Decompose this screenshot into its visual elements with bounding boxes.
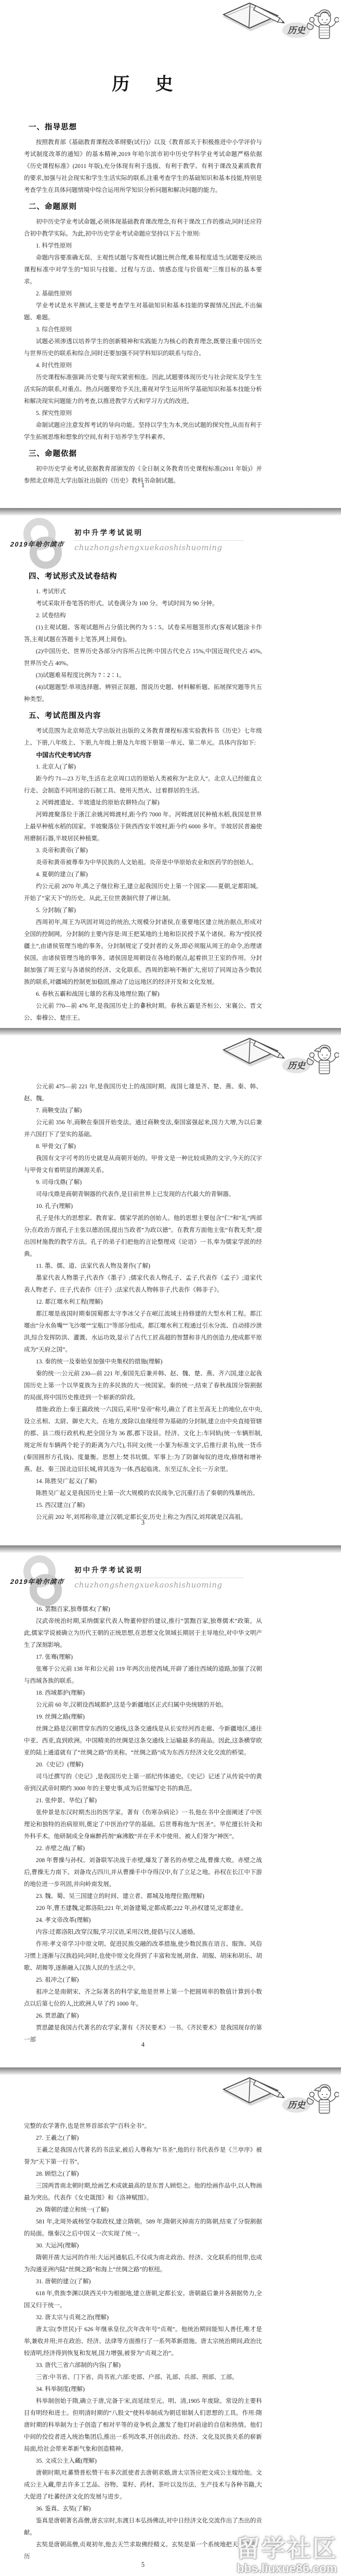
paragraph: 581 年,北周外戚杨坚夺取政权,建立隋朝。589 年,隋朝灭掉南方的陈朝,结束… (24, 2216, 262, 2240)
paragraph: (4)试题题型:单项选择题、辨别正误题、图说历史题、材料解析题、拓展探究题等共五… (24, 682, 262, 706)
cartoon-boy-icon (307, 2085, 339, 2113)
item-heading: 5. 分封制(了解) (24, 905, 262, 917)
page-top-illustration: 历史 (0, 2075, 341, 2120)
paragraph: 学业考试是水平测试,主要是考查学生对基础知识和基本技能的掌握情况,因此,不出偏题… (24, 300, 262, 324)
page-separator (0, 2067, 341, 2075)
item-heading: 24. 孝文帝改革(理解) (24, 1915, 262, 1927)
book-pencil-history-boy-illustration: 历史 (218, 0, 339, 44)
paragraph: 220 年,曹丕建魏,定都洛阳;221 年,刘备建蜀,定都成都;222 年,孙权… (24, 1903, 262, 1915)
item-heading: 18. 西域都护(理解) (24, 1687, 262, 1699)
paragraph: 考试采取开卷笔答的形式。试卷满分为 100 分。考试时间为 90 分钟。 (24, 598, 262, 610)
item-heading: 28. 顾恺之(了解) (24, 2168, 262, 2180)
page-header: 2019年哈尔滨市 初中升学考试说明 chuzhongshengxuekaosh… (0, 1553, 341, 1604)
paragraph: 秦的统一:公元前 230—前 221 年,秦国先后兼并韩、赵、魏、楚、燕、齐六国… (24, 1368, 262, 1404)
item-heading: 2. 河姆渡遗址、半坡遗址的原始农耕特点(了解) (24, 797, 262, 809)
item-heading: 34. 科举制度(理解) (24, 2384, 262, 2396)
paragraph: 科举制创始于隋,确立于唐,完备于宋,而延续至元、明、清,1905 年废除。常设的… (24, 2396, 262, 2455)
paragraph: 河姆渡聚落位于浙江余姚河姆渡村,距今约 7000 年。河姆渡居民种植水稻,我国是… (24, 809, 262, 845)
paragraph: 措施:政治上:秦王嬴政统一六国后,采用“皇帝”称号,确立了君主至高无上的地位,在… (24, 1404, 262, 1476)
paragraph: 初中历史学业考试命题,必须体现基础教育课改理念,有利于课改工作的推动,同时还应符… (24, 216, 262, 240)
paragraph: 公元前 60 年,汉朝设西域都护,这是今新疆地区正式归属中央统辖的开始。 (24, 1699, 262, 1711)
cartoon-boy-icon (307, 10, 339, 38)
item-heading: 25. 祖冲之(了解) (24, 1974, 262, 1986)
paragraph: 历史课程标准强调:历史要与现实紧密相连。因此,试题要体现历史与社会现实及学生生活… (24, 372, 262, 408)
item-heading: 15. 西汉建立(了解) (24, 1500, 262, 1512)
document: 历史 历 史 一、指导思想按照教育部 (0, 0, 341, 2576)
paragraph: 三国两晋南北朝时期,绘画艺术成就最高的是东晋人顾恺之。他的绘画作品中,以人物画最… (24, 2180, 262, 2204)
watermark-title: 留学社区 (236, 2535, 338, 2561)
paragraph: 司马迁撰写的《史记》,是我国历史上第一部纪传体通史。《史记》记述了从传说中的黄帝… (24, 1771, 262, 1795)
paragraph: 618 年,贵族李渊以陕西关中为根据地,建立唐朝,定都长安。唐朝最后兼并各割据势… (24, 2288, 262, 2312)
paragraph: 隋朝开凿大运河的作用:大运河通航后,不仅成为南北政治、经济、文化联系的纽带,也成… (24, 2252, 262, 2276)
item-heading: 1. 考试形式 (24, 586, 262, 598)
header-pinyin: chuzhongshengxuekaoshishuoming (74, 543, 244, 552)
page-separator (0, 508, 341, 515)
paragraph: 公元前 356 年,商鞅在秦国开始变法。通过商鞅变法,秦国富强起来,国力大增,为… (24, 1117, 262, 1141)
paragraph: 王羲之是我国古代著名的书法家,被后人尊称为“书圣”,他的行书代表作是《兰亭序》被… (24, 2144, 262, 2168)
header-main: 初中升学考试说明 chuzhongshengxuekaoshishuoming (74, 527, 244, 552)
item-heading: 1. 科学性原则 (24, 240, 262, 252)
item-heading: 6. 春秋五霸和战国七雄的名称及地理位置(了解) (24, 988, 262, 1000)
item-heading: 27. 王羲之(了解) (24, 2132, 262, 2144)
paragraph: 公元前 475—前 221 年,是我国历史上的战国时期。战国七雄是齐、楚、燕、秦… (24, 1081, 262, 1105)
paragraph: 命制试题应注意发挥考试的导向功能。坚持以学生为本,突出试题的探究性,从而有利于学… (24, 420, 262, 444)
paragraph: 唐太宗(李世民)于 626 年继承皇位,次年改年号“贞观”。他统治期间能知人善任… (24, 2324, 262, 2360)
item-heading: 22. 赤壁之战(了解) (24, 1843, 262, 1855)
paragraph: 陈胜吴广起义是我国历史上第一次大规模的农民战争,它沉重打击了秦朝的残暴统治。 (24, 1488, 262, 1500)
paragraph: (3)试题难易程度比例为 7∶2∶1。 (24, 670, 262, 682)
page-3: 历史 公元前 475—前 221 年,是我国历 (0, 1035, 341, 1545)
page-5-body: 完整的农学著作,也是世界首部农学“百科全书”。27. 王羲之(了解)王羲之是我国… (0, 2120, 341, 2563)
paragraph: 命题内容要准确无误、主观性试题与客观性试题比例合理,难易程度适当;试题要反映出课… (24, 252, 262, 288)
paragraph: 约公元前 2070 年,禹之子继位称王,建立起我国历史上第一个国家——夏朝,定都… (24, 881, 262, 905)
item-heading: 3. 综合性原则 (24, 324, 262, 336)
item-heading: 1. 北京人(了解) (24, 761, 262, 773)
item-heading: 7. 商鞅变法(了解) (24, 1105, 262, 1117)
paragraph: (2)中国历史、世界历史各部分内容所占比例:中国古代史占 15%,中国近现代史占… (24, 646, 262, 670)
paragraph: 208 年曹操与孙权、刘备联军决战于赤壁,爆发了著名的赤壁之战,曹操大败。赤壁之… (24, 1855, 262, 1891)
item-heading: 35. 文成公主入藏(理解) (24, 2455, 262, 2467)
header-year-city: 2019年哈尔滨市 (10, 539, 64, 549)
paragraph: 作用:孝文帝学习中原文明、促进民族交融的改革措施,使少数民族在语言、服饰、风俗习… (24, 1938, 262, 1974)
paragraph: 西周初年,周王为巩固对周边的统治,大规模分封诸侯,在重要地区建立统治据点,形成对… (24, 917, 262, 988)
history-bubble-label: 历史 (287, 2100, 306, 2110)
page-4: 2019年哈尔滨市 初中升学考试说明 chuzhongshengxuekaosh… (0, 1553, 341, 2067)
item-heading: 30. 大运河(理解) (24, 2240, 262, 2252)
header-year-city: 2019年哈尔滨市 (10, 1577, 64, 1586)
section-heading: 二、命题原则 (29, 201, 262, 214)
section-heading: 一、指导思想 (29, 121, 262, 134)
watermark-url: bbs.liuxue86.com (236, 2561, 338, 2575)
section-heading: 五、考试范围及内容 (29, 710, 262, 723)
history-bubble-label: 历史 (287, 25, 306, 35)
item-heading: 31. 唐朝的建立(了解) (24, 2276, 262, 2288)
watermark: 留学社区 bbs.liuxue86.com (236, 2535, 341, 2576)
page-2: 2019年哈尔滨市 初中升学考试说明 chuzhongshengxuekaosh… (0, 515, 341, 1028)
item-heading: 4. 夏朝的建立(了解) (24, 869, 262, 881)
item-heading: 17. 张骞(理解) (24, 1651, 262, 1663)
page-number: 2 (24, 1001, 262, 1009)
page-number: 3 (24, 1519, 262, 1527)
paragraph: 三省:中书省、门下省、尚书省,六部:吏部、户部、礼部、兵部、刑部、工部。 (24, 2372, 262, 2384)
page-header: 2019年哈尔滨市 初中升学考试说明 chuzhongshengxuekaosh… (0, 515, 341, 566)
item-heading: 36. 鉴真、玄奘(了解) (24, 2503, 262, 2515)
header-title: 初中升学考试说明 (74, 527, 244, 541)
page-5: 历史 完整的农学著作,也是世界首部农学“百科全 (0, 2075, 341, 2576)
item-heading: 33. 唐代三省六部制的内容(了解) (24, 2360, 262, 2372)
item-heading: 32. 唐太宗与贞观之治(理解) (24, 2312, 262, 2324)
page-number: 1 (24, 482, 262, 489)
subsection-heading: 中国古代史考试内容 (24, 749, 262, 761)
paragraph-continuation: 完整的农学著作,也是世界首部农学“百科全书”。 (24, 2120, 262, 2132)
paragraph: 炎帝和黄帝被尊奉为中华民族的人文始祖。炎帝是中华原始农业和医药学的创始人。 (24, 857, 262, 869)
item-heading: 4. 时代性原则 (24, 360, 262, 372)
page-separator (0, 1545, 341, 1553)
paragraph: 丝绸之路是汉朝贯穿东西的交通线,这条交通线是从长安经河西走廊、今新疆地区,通往中… (24, 1723, 262, 1759)
section-heading: 三、命题依据 (29, 448, 262, 461)
item-heading: 10. 孔子(理解) (24, 1201, 262, 1213)
item-heading: 12. 都江堰水利工程(理解) (24, 1296, 262, 1308)
page-number: 4 (24, 2041, 262, 2049)
page-4-body: 16. 罢黜百家,独尊儒术(了解)汉武帝统治时期,采纳儒家代表人物董仲舒的建议,… (0, 1604, 341, 2046)
section-heading: 四、考试形式及试卷结构 (29, 570, 262, 583)
paragraph: 唐朝时期,吐蕃赞普松赞干布多次派使者去唐朝求婚,唐太宗答应把文成公主嫁给他。文成… (24, 2467, 262, 2503)
book-pencil-history-boy-illustration: 历史 (218, 2075, 339, 2118)
page-1: 历史 历 史 一、指导思想按照教育部 (0, 0, 341, 508)
paragraph: 考试范围为北京师范大学出版社出版的义务教育课程标准实验教科书《历史》七年级上、下… (24, 725, 262, 749)
paragraph: 距今约 71—23 万年,生活在北京周口店的原始人类被称为“北京人”。北京人已经… (24, 773, 262, 797)
paragraph: (1)主观试题、客观试题所占分值比例约为 5∶5。试卷采用题签形式(客观试题涂卡… (24, 622, 262, 646)
page-2-body: 四、考试形式及试卷结构1. 考试形式考试采取开卷笔答的形式。试卷满分为 100 … (0, 570, 341, 1024)
paragraph: 鉴真是唐朝著名高僧,唐玄宗时,东渡日本弘扬佛法,对中日经济文化交流作出了杰出的贡… (24, 2515, 262, 2539)
page-1-body: 一、指导思想按照教育部《基础教育课程改革纲要(试行)》以及《教育部关于积极推进中… (0, 121, 341, 487)
paragraph: 祖冲之是南朝宋、齐之际著名的科学家,他是世界上第一个把圆周率的数值计算到小数点以… (24, 1986, 262, 2010)
item-heading: 26. 贾思勰(了解) (24, 2010, 262, 2022)
doc-title: 历 史 (24, 70, 262, 95)
page-separator (0, 1028, 341, 1035)
item-heading: 9. 司母戊鼎(了解) (24, 1177, 262, 1189)
paragraph: 内容:迁都洛阳,改穿汉服,学习汉语,采用汉姓,提倡与汉人通婚。 (24, 1927, 262, 1938)
paragraph: 试题必须渗透以培养学生的创新精神和实践能力为核心的教育理念,既要注重中国历史与世… (24, 336, 262, 360)
book-pencil-history-boy-illustration: 历史 (218, 1035, 339, 1079)
page-top-illustration: 历史 (0, 0, 341, 46)
page-number: 5 (24, 2561, 262, 2569)
paragraph: 按照教育部《基础教育课程改革纲要(试行)》以及《教育部关于积极推进中小学评价与考… (24, 137, 262, 197)
header-main: 初中升学考试说明 chuzhongshengxuekaoshishuoming (74, 1564, 244, 1590)
page-top-illustration: 历史 (0, 1035, 341, 1081)
paragraph: 孔子是伟大的思想家、教育家、儒家学派的创始人。他的思想主要包含“仁”和“礼”两部… (24, 1213, 262, 1260)
item-heading: 23. 魏、蜀、吴三国建立的时间、建立者、都城及地理位置(理解) (24, 1891, 262, 1903)
paragraph: 玄奘是唐朝高僧,贞观初年,他去天竺求取佛经精义。玄奘是第一个系统地把天竺佛教、历 (24, 2539, 262, 2563)
item-heading: 13. 秦的统一及秦始皇加强中央集权的措施(理解) (24, 1356, 262, 1368)
item-heading: 14. 陈胜吴广起义(了解) (24, 1476, 262, 1488)
item-heading: 20.《史记》(理解) (24, 1759, 262, 1771)
item-heading: 5. 探究性原则 (24, 408, 262, 420)
paragraph: 墨家代表人物墨子,代表作《墨子》;儒家代表人物孔子、孟子,代表作《孟子》;道家代… (24, 1272, 262, 1296)
paragraph: 张骞于公元前 138 年和公元前 119 年两次出使西域,开辟了通往西域的道路,… (24, 1663, 262, 1687)
paragraph: 汉武帝统治时期,采纳儒家代表人物董仲舒的建议,推行“罢黜百家,独尊儒术”政策。从… (24, 1616, 262, 1651)
header-pinyin: chuzhongshengxuekaoshishuoming (74, 1580, 244, 1590)
paragraph: 都江堰是战国时期秦国蜀郡太守李冰父子在岷江流域主持修建的大型水利工程。都江堰由“… (24, 1308, 262, 1356)
cartoon-boy-icon (307, 1045, 339, 1074)
paragraph: 张仲景是东汉时期杰出的医学家。著有《伤寒杂病论》一书,他在书中全面阐述了中医理论… (24, 1807, 262, 1843)
item-heading: 11. 墨、儒、道、法家代表人物及著作(了解) (24, 1260, 262, 1272)
item-heading: 21. 张仲景、华佗(了解) (24, 1795, 262, 1807)
page-3-body: 公元前 475—前 221 年,是我国历史上的战国时期。战国七雄是齐、楚、燕、秦… (0, 1081, 341, 1524)
item-heading: 2. 基础性原则 (24, 288, 262, 300)
history-bubble-label: 历史 (287, 1061, 306, 1071)
item-heading: 2. 试卷结构 (24, 610, 262, 622)
item-heading: 29. 隋朝的建立和统一(了解) (24, 2204, 262, 2216)
item-heading: 3. 炎帝和黄帝(了解) (24, 845, 262, 857)
header-title: 初中升学考试说明 (74, 1564, 244, 1578)
paragraph: 司母戊鼎是商朝青铜器的代表作,是目前世界上已发现的古代最大的青铜器。 (24, 1189, 262, 1201)
paragraph: 我国有文字可考的历史就是从商朝开始的。甲骨文是一种比较成熟的文字,今天的汉字与甲… (24, 1153, 262, 1177)
item-heading: 19. 丝绸之路(理解) (24, 1711, 262, 1723)
item-heading: 8. 甲骨文(了解) (24, 1141, 262, 1153)
